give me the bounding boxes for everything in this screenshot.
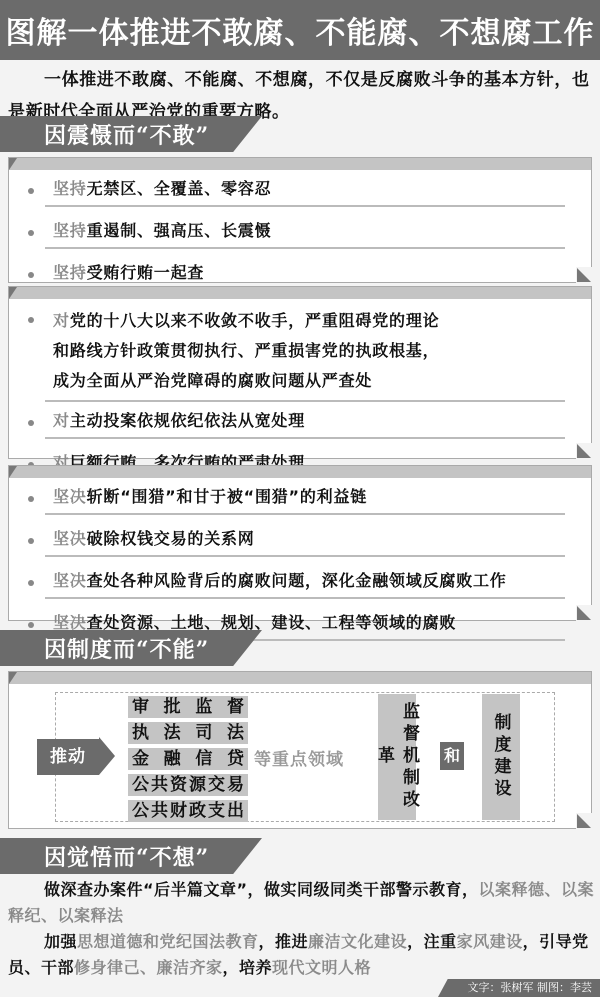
domain-public-finance-expenditure: 公共财政支出 bbox=[128, 800, 248, 822]
item-text: 主动投案依规依纪依法从宽处理 bbox=[70, 411, 305, 430]
char: 督 bbox=[227, 696, 244, 718]
item-text: 重遏制、强高压、长震慑 bbox=[87, 221, 272, 240]
char: 出 bbox=[227, 800, 244, 822]
char: 共 bbox=[151, 774, 168, 796]
paragraph: 加强思想道德和党纪国法教育，推进廉洁文化建设，注重家风建设，引导党员、干部修身律… bbox=[8, 929, 598, 981]
item-prefix: 对 bbox=[53, 411, 70, 430]
bullet-list: 坚持无禁区、全覆盖、零容忍 坚持重遏制、强高压、长震慑 坚持受贿行贿一起查 bbox=[9, 170, 591, 291]
section-heading-label: 因制度而“不能” bbox=[44, 633, 209, 664]
char: 政 bbox=[189, 800, 206, 822]
push-label: 推动 bbox=[37, 739, 99, 775]
char: 公 bbox=[132, 774, 149, 796]
highlight-run: 思想道德和党纪国法教育 bbox=[77, 932, 259, 951]
char: 监 bbox=[195, 696, 212, 718]
char: 法 bbox=[227, 722, 244, 744]
item-text: 党的十八大以来不收敛不收手，严重阻碍党的理论和路线方针政策贯彻执行、严重损害党的… bbox=[53, 311, 439, 390]
char: 信 bbox=[195, 748, 212, 770]
char: 批 bbox=[164, 696, 181, 718]
page-fold-icon bbox=[576, 443, 592, 459]
domain-public-resource-trading: 公共资源交易 bbox=[128, 774, 248, 796]
list-item: 坚决破除权钱交易的关系网 bbox=[45, 524, 565, 557]
card-header-strip bbox=[9, 287, 591, 299]
char: 支 bbox=[208, 800, 225, 822]
text-run: 做深查办案件“后半篇文章”，做实同级同类干部警示教育， bbox=[44, 880, 479, 899]
push-arrow: 推动 bbox=[37, 739, 99, 775]
list-item: 坚决斩断“围猎”和甘于被“围猎”的利益链 bbox=[45, 482, 565, 515]
domain-financial-credit: 金融信贷 bbox=[128, 748, 248, 770]
char: 共 bbox=[151, 800, 168, 822]
char: 执 bbox=[132, 722, 149, 744]
char: 公 bbox=[132, 800, 149, 822]
char: 源 bbox=[189, 774, 206, 796]
card-persist: 坚持无禁区、全覆盖、零容忍 坚持重遏制、强高压、长震慑 坚持受贿行贿一起查 bbox=[8, 157, 592, 283]
title-banner: 图解一体推进不敢腐、不能腐、不想腐工作 bbox=[0, 0, 600, 60]
section-heading-label: 因觉悟而“不想” bbox=[44, 841, 209, 872]
char: 易 bbox=[227, 774, 244, 796]
item-text: 查处资源、土地、规划、建设、工程等领域的腐败 bbox=[87, 613, 457, 632]
list-item: 坚持无禁区、全覆盖、零容忍 bbox=[45, 174, 565, 207]
item-prefix: 坚决 bbox=[53, 571, 87, 590]
card-handling: 对党的十八大以来不收敛不收手，严重阻碍党的理论和路线方针政策贯彻执行、严重损害党… bbox=[8, 286, 592, 459]
char: 司 bbox=[195, 722, 212, 744]
card-header-strip bbox=[9, 672, 591, 684]
list-item: 坚决查处各种风险背后的腐败问题，深化金融领域反腐败工作 bbox=[45, 566, 565, 599]
item-text: 受贿行贿一起查 bbox=[87, 263, 205, 282]
highlight-run: 修身律己、廉洁齐家 bbox=[74, 958, 223, 977]
item-text: 斩断“围猎”和甘于被“围猎”的利益链 bbox=[87, 487, 367, 506]
item-text: 查处各种风险背后的腐败问题，深化金融领域反腐败工作 bbox=[87, 571, 507, 590]
card-resolve: 坚决斩断“围猎”和甘于被“围猎”的利益链 坚决破除权钱交易的关系网 坚决查处各种… bbox=[8, 465, 592, 621]
item-prefix: 坚决 bbox=[53, 613, 87, 632]
text-run: ，培养 bbox=[223, 958, 273, 977]
highlight-run: 家风建设 bbox=[457, 932, 523, 951]
awareness-paragraphs: 做深查办案件“后半篇文章”，做实同级同类干部警示教育，以案释德、以案释纪、以案释… bbox=[8, 877, 598, 981]
item-text: 无禁区、全覆盖、零容忍 bbox=[87, 179, 272, 198]
char: 财 bbox=[170, 800, 187, 822]
highlight-run: 廉洁文化建设 bbox=[308, 932, 407, 951]
item-prefix: 坚决 bbox=[53, 487, 87, 506]
domain-approval-supervision: 审批监督 bbox=[128, 696, 248, 718]
item-prefix: 坚决 bbox=[53, 529, 87, 548]
section-heading-fear: 因震慑而“不敢” bbox=[0, 116, 262, 152]
item-prefix: 对 bbox=[53, 311, 70, 330]
bullet-list: 坚决斩断“围猎”和甘于被“围猎”的利益链 坚决破除权钱交易的关系网 坚决查处各种… bbox=[9, 478, 591, 641]
page-title: 图解一体推进不敢腐、不能腐、不想腐工作 bbox=[6, 8, 595, 52]
text-run: 加强 bbox=[44, 932, 77, 951]
page-fold-icon bbox=[576, 605, 592, 621]
arrow-right-icon bbox=[99, 737, 115, 775]
item-prefix: 坚持 bbox=[53, 179, 87, 198]
char: 审 bbox=[132, 696, 149, 718]
card-header-strip bbox=[9, 158, 591, 170]
credit-line: 文字：张树军 制图：李芸 bbox=[438, 979, 600, 997]
page-fold-icon bbox=[576, 813, 592, 829]
card-header-strip bbox=[9, 466, 591, 478]
char: 金 bbox=[132, 748, 149, 770]
paragraph: 做深查办案件“后半篇文章”，做实同级同类干部警示教育，以案释德、以案释纪、以案释… bbox=[8, 877, 598, 929]
key-areas-label: 等重点领域 bbox=[234, 745, 364, 770]
text-run: ，推进 bbox=[259, 932, 309, 951]
item-text: 破除权钱交易的关系网 bbox=[87, 529, 255, 548]
char: 融 bbox=[164, 748, 181, 770]
and-badge: 和 bbox=[440, 742, 464, 770]
section-heading-system: 因制度而“不能” bbox=[0, 630, 262, 666]
page-fold-icon bbox=[576, 267, 592, 283]
list-item: 坚持重遏制、强高压、长震慑 bbox=[45, 216, 565, 249]
char: 交 bbox=[208, 774, 225, 796]
bullet-list: 对党的十八大以来不收敛不收手，严重阻碍党的理论和路线方针政策贯彻执行、严重损害党… bbox=[9, 299, 591, 481]
list-item: 对主动投案依规依纪依法从宽处理 bbox=[45, 406, 565, 439]
supervision-reform-box: 监督机制改革 bbox=[378, 694, 416, 820]
domain-law-enforcement-judiciary: 执法司法 bbox=[128, 722, 248, 744]
highlight-run: 现代文明人格 bbox=[272, 958, 371, 977]
section-heading-label: 因震慑而“不敢” bbox=[44, 119, 209, 150]
char: 法 bbox=[164, 722, 181, 744]
list-item: 对党的十八大以来不收敛不收手，严重阻碍党的理论和路线方针政策贯彻执行、严重损害党… bbox=[45, 303, 565, 402]
system-building-box: 制度建设 bbox=[482, 694, 520, 820]
item-prefix: 坚持 bbox=[53, 263, 87, 282]
text-run: ，注重 bbox=[407, 932, 457, 951]
section-heading-awareness: 因觉悟而“不想” bbox=[0, 838, 262, 874]
char: 资 bbox=[170, 774, 187, 796]
item-prefix: 坚持 bbox=[53, 221, 87, 240]
